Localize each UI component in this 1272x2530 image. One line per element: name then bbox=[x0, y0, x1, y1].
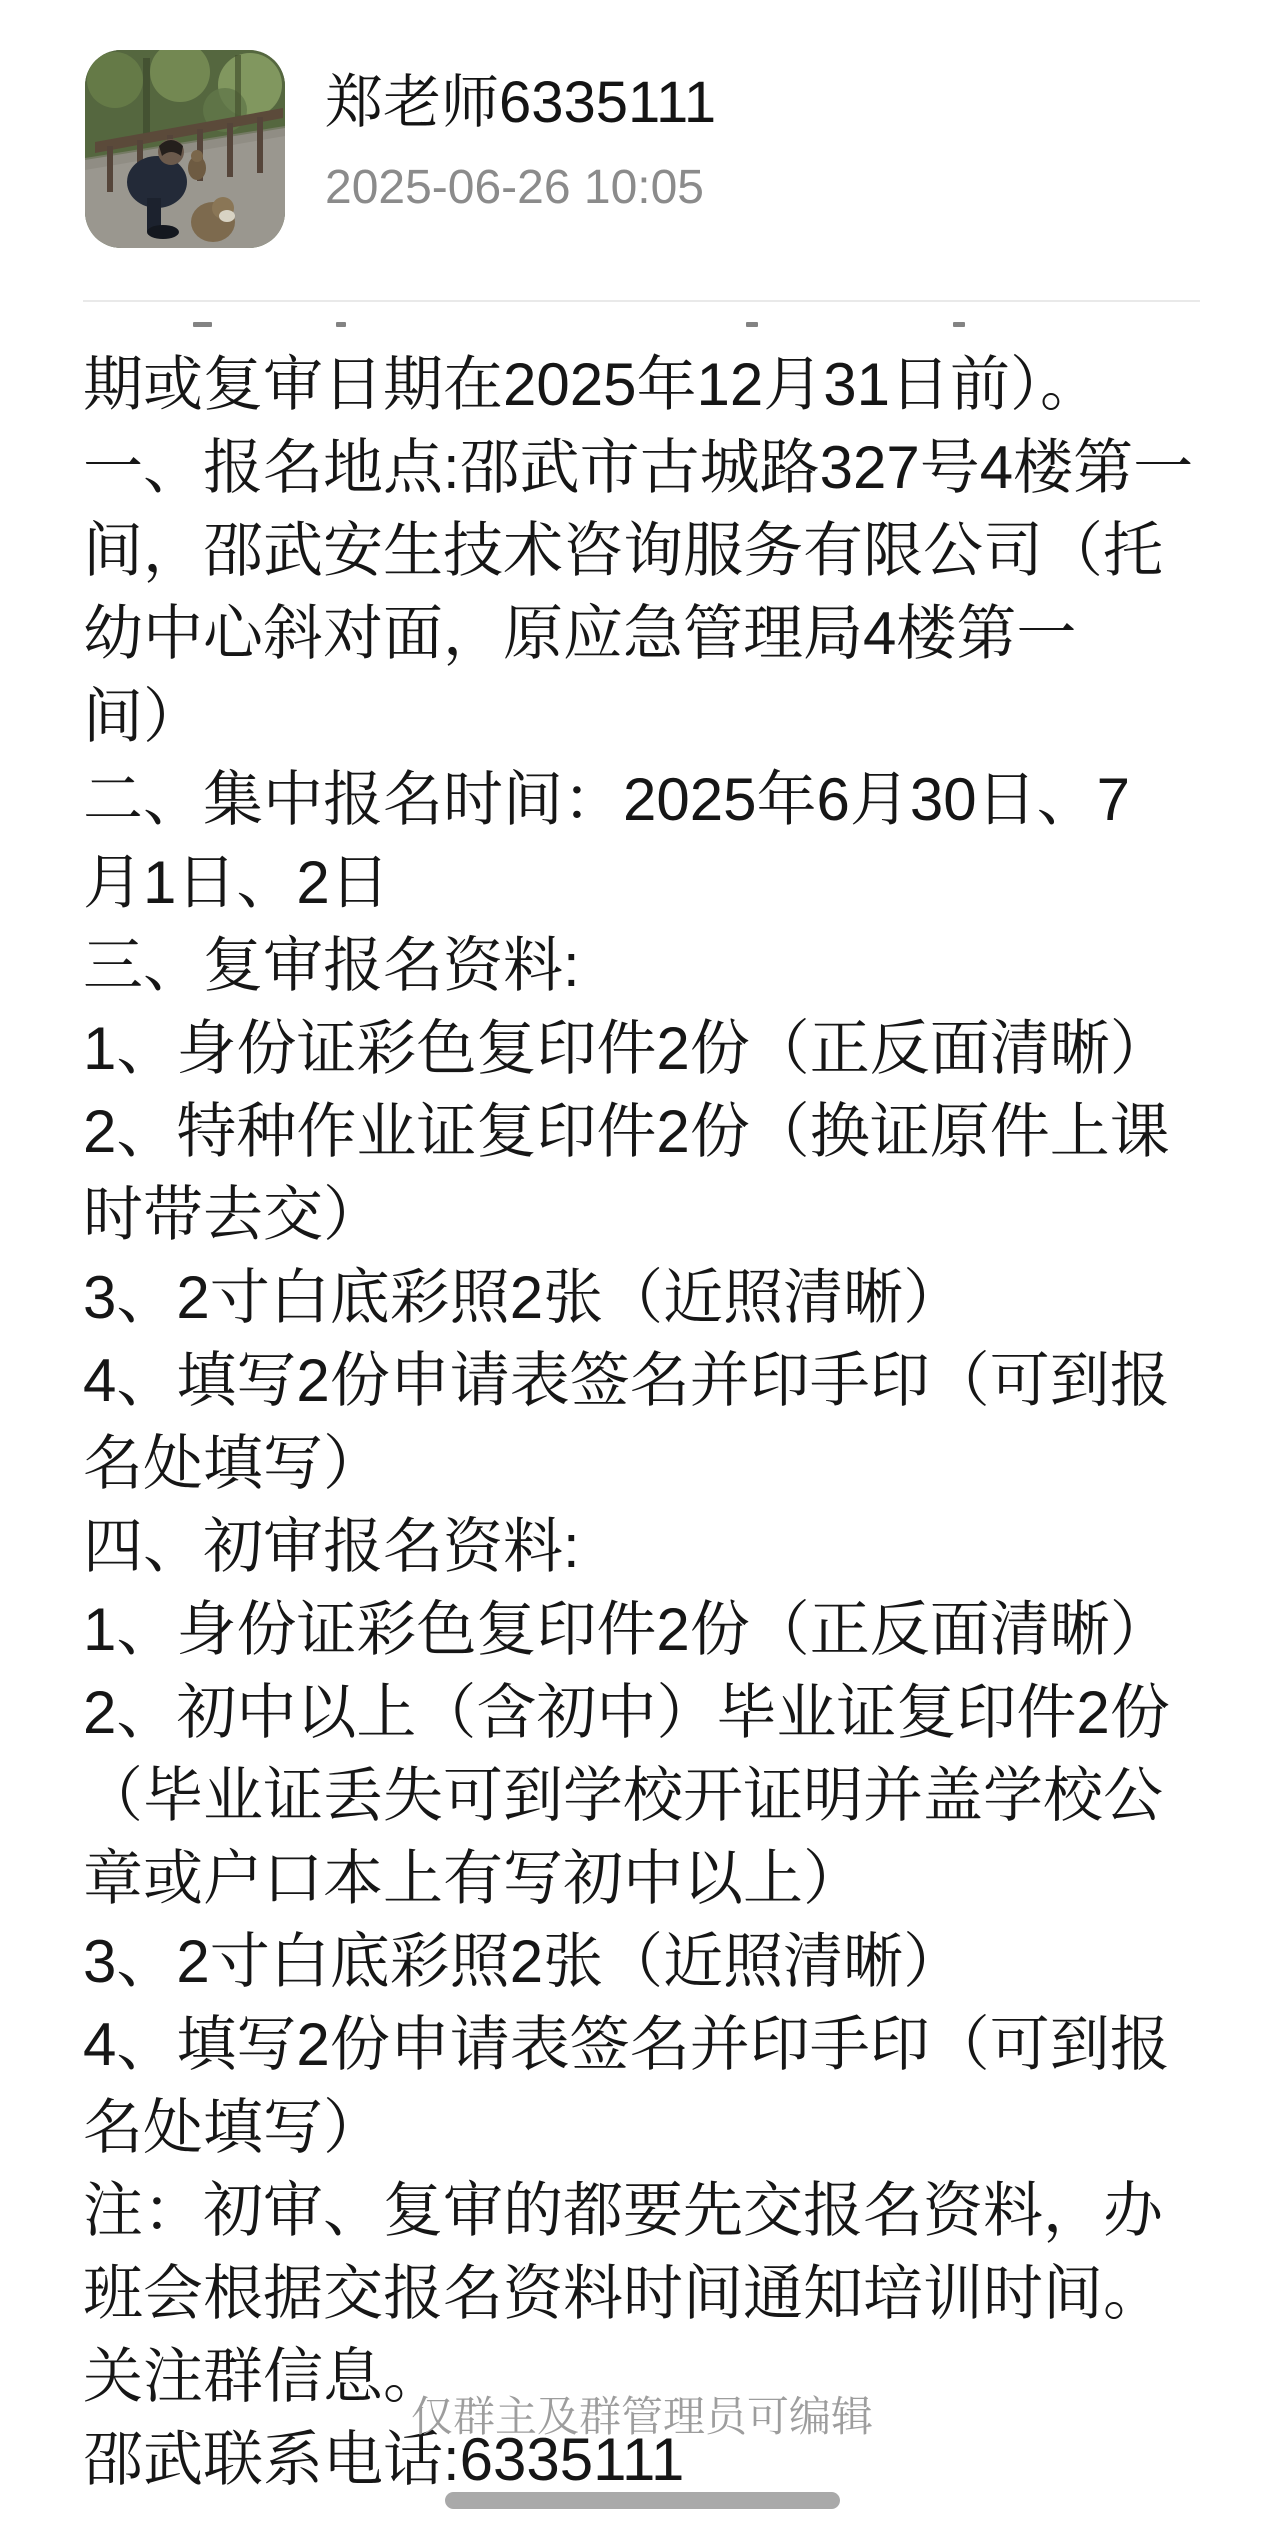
notice-line: 注：初审、复审的都要先交报名资料，办 bbox=[83, 2169, 1243, 2252]
edit-permission-hint: 仅群主及群管理员可编辑 bbox=[411, 2396, 873, 2438]
notice-line: 1、身份证彩色复印件2份（正反面清晰） bbox=[83, 1588, 1243, 1671]
sender-name: 郑老师6335111 bbox=[325, 74, 716, 132]
avatar[interactable] bbox=[85, 50, 285, 248]
notice-line: 2、特种作业证复印件2份（换证原件上课 bbox=[83, 1090, 1243, 1173]
notice-line: 间） bbox=[83, 675, 1243, 758]
header-divider bbox=[83, 300, 1200, 302]
notice-line: 一、报名地点:邵武市古城路327号4楼第一 bbox=[83, 426, 1243, 509]
notice-line: 名处填写） bbox=[83, 2086, 1243, 2169]
notice-line: 时带去交） bbox=[83, 1173, 1243, 1256]
notice-line: 3、2寸白底彩照2张（近照清晰） bbox=[83, 1920, 1243, 2003]
notice-line: 间，邵武安生技术咨询服务有限公司（托 bbox=[83, 509, 1243, 592]
group-notice-page: { "header": { "name": "郑老师6335111", "tim… bbox=[0, 0, 1272, 2530]
notice-line: 章或户口本上有写初中以上） bbox=[83, 1837, 1243, 1920]
notice-line: 4、填写2份申请表签名并印手印（可到报 bbox=[83, 2003, 1243, 2086]
notice-line: 四、初审报名资料: bbox=[83, 1505, 1243, 1588]
clipped-line-remnant bbox=[746, 322, 758, 327]
notice-line: 名处填写） bbox=[83, 1422, 1243, 1505]
home-indicator-bar[interactable] bbox=[445, 2492, 840, 2509]
clipped-line-remnant bbox=[193, 322, 212, 327]
notice-line: 班会根据交报名资料时间通知培训时间。 bbox=[83, 2252, 1243, 2335]
notice-line: 1、身份证彩色复印件2份（正反面清晰） bbox=[83, 1007, 1243, 1090]
notice-line: 3、2寸白底彩照2张（近照清晰） bbox=[83, 1256, 1243, 1339]
notice-line: 幼中心斜对面，原应急管理局4楼第一 bbox=[83, 592, 1243, 675]
notice-timestamp: 2025-06-26 10:05 bbox=[325, 164, 704, 212]
notice-text: 期或复审日期在2025年12月31日前）。一、报名地点:邵武市古城路327号4楼… bbox=[83, 343, 1243, 2501]
clipped-line-remnant bbox=[336, 322, 346, 327]
avatar-photo bbox=[85, 50, 285, 248]
clipped-line-remnant bbox=[953, 322, 965, 327]
notice-line: 2、初中以上（含初中）毕业证复印件2份 bbox=[83, 1671, 1243, 1754]
notice-line: 期或复审日期在2025年12月31日前）。 bbox=[83, 343, 1243, 426]
notice-line: （毕业证丢失可到学校开证明并盖学校公 bbox=[83, 1754, 1243, 1837]
notice-line: 三、复审报名资料: bbox=[83, 924, 1243, 1007]
notice-line: 月1日、2日 bbox=[83, 841, 1243, 924]
notice-line: 4、填写2份申请表签名并印手印（可到报 bbox=[83, 1339, 1243, 1422]
notice-line: 二、集中报名时间：2025年6月30日、7 bbox=[83, 758, 1243, 841]
